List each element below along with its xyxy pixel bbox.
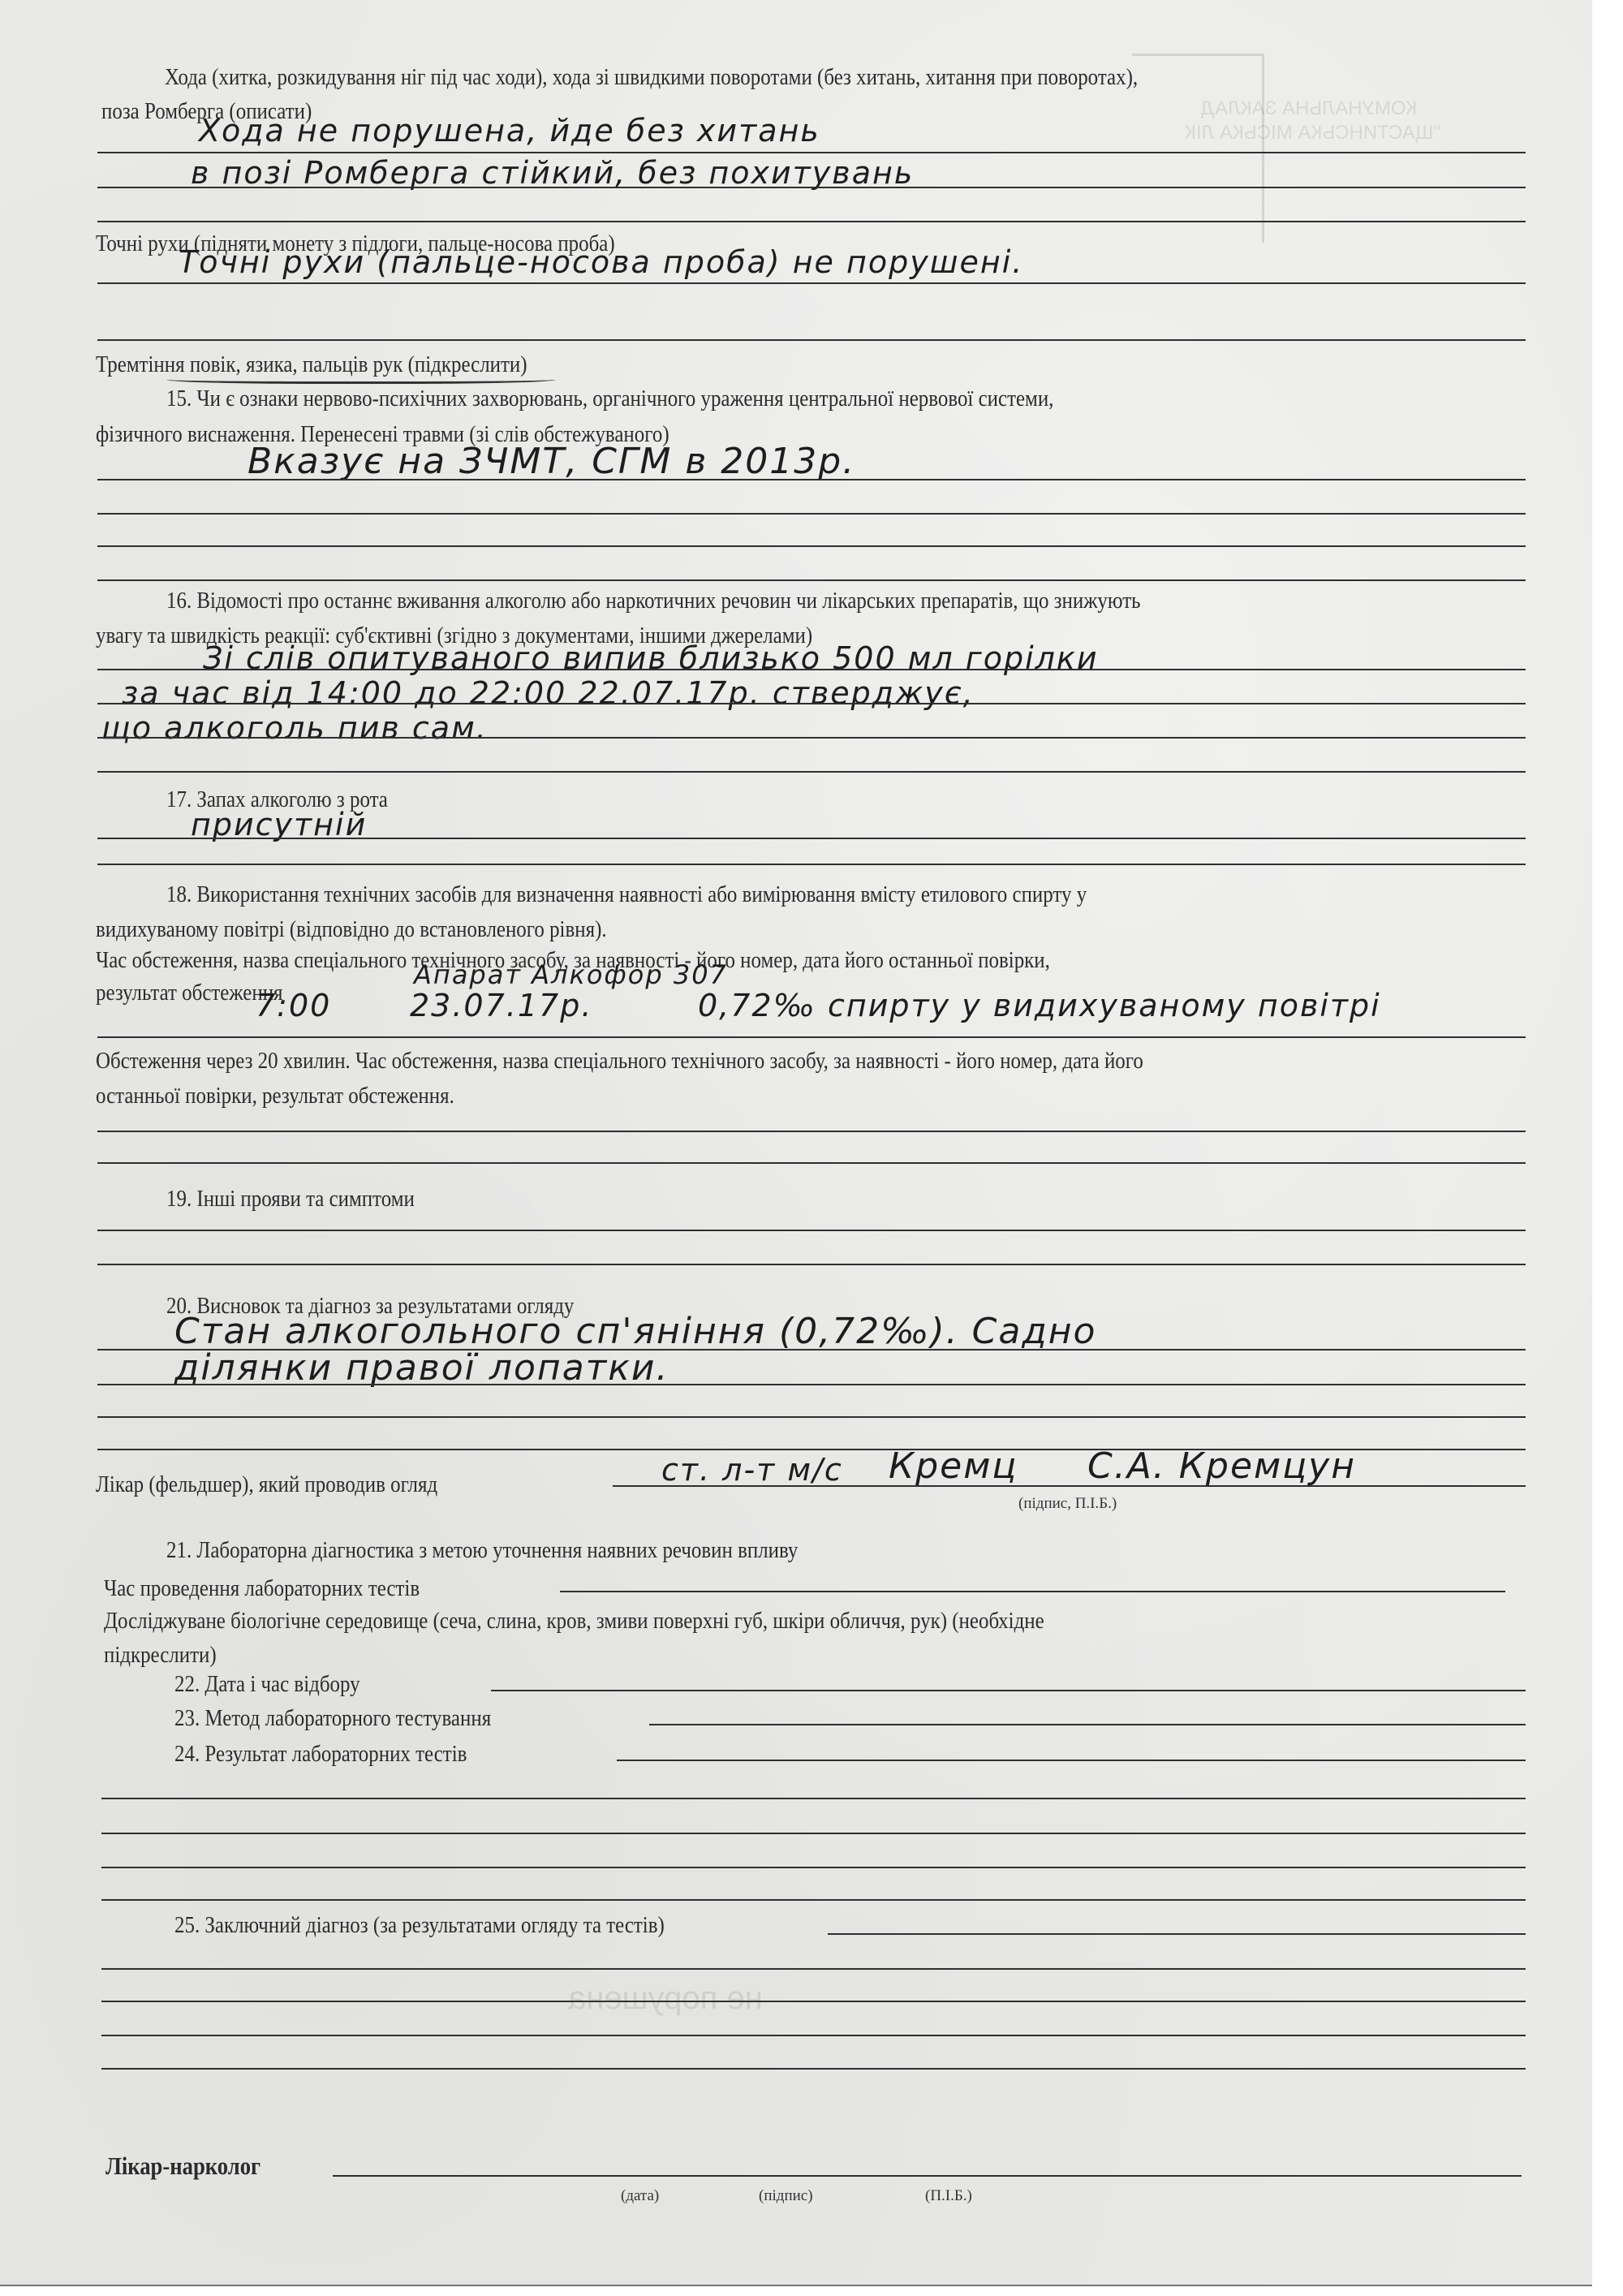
answer-line xyxy=(828,1933,1526,1935)
section18-label-line4: результат обстеження xyxy=(96,979,283,1006)
section18-handwritten-date: 23.07.17р. xyxy=(410,989,592,1023)
section25-label: 25. Заключний діагноз (за результатами о… xyxy=(174,1911,665,1939)
examiner-caption: (підпис, П.І.Б.) xyxy=(1018,1495,1117,1513)
answer-line xyxy=(97,864,1526,865)
examiner-name: С.А. Кремцун xyxy=(1087,1450,1356,1484)
section18-label-line2: видихуваному повітрі (відповідно до вста… xyxy=(96,915,607,943)
gait-handwritten-line2: в позі Ромберга стійкий, без похитувань xyxy=(191,156,914,190)
narcologist-label: Лікар-нарколог xyxy=(105,2152,260,2180)
answer-line xyxy=(97,1162,1526,1164)
answer-line xyxy=(101,1833,1526,1834)
answer-line xyxy=(101,1798,1526,1799)
show-through-text: КОМУНАЛЬНА ЗАКЛАД xyxy=(1201,97,1417,120)
show-through-stamp xyxy=(1132,54,1264,243)
answer-line xyxy=(617,1760,1526,1761)
signature-line xyxy=(333,2175,1522,2177)
answer-line xyxy=(97,513,1526,515)
caption-date: (дата) xyxy=(621,2187,659,2205)
caption-name: (П.І.Б.) xyxy=(925,2187,972,2205)
answer-line xyxy=(97,703,1526,704)
section15-handwritten: Вказує на ЗЧМТ, СГМ в 2013р. xyxy=(248,445,855,479)
examiner-rank: ст. л-т м/с xyxy=(661,1453,843,1487)
document-page: КОМУНАЛЬНА ЗАКЛАД "ЩАСТИНСЬКА МІСЬКА ЛІК… xyxy=(0,0,1592,2286)
answer-line xyxy=(97,1036,1526,1038)
section18-handwritten-result: 0,72‰ спирту у видихуваному повітрі xyxy=(698,989,1381,1023)
answer-line xyxy=(97,479,1526,480)
answer-line xyxy=(97,282,1526,284)
gait-label-line1: Хода (хитка, розкидування ніг під час хо… xyxy=(165,63,1138,91)
show-through-text: не порушена xyxy=(568,1980,763,2017)
answer-line xyxy=(491,1690,1526,1691)
answer-line xyxy=(97,669,1526,670)
answer-line xyxy=(101,1968,1526,1970)
answer-line xyxy=(97,1264,1526,1265)
show-through-text: "ЩАСТИНСЬКА МІСЬКА ЛІК xyxy=(1185,122,1440,144)
section15-label-line1: 15. Чи є ознаки нервово-психічних захвор… xyxy=(166,385,1053,412)
answer-line xyxy=(97,339,1526,341)
answer-line xyxy=(97,187,1526,188)
section20-handwritten-line1: Стан алкогольного сп'яніння (0,72‰). Сад… xyxy=(174,1315,1096,1349)
answer-line xyxy=(97,737,1526,739)
answer-line xyxy=(97,545,1526,547)
section23-label: 23. Метод лабораторного тестування xyxy=(174,1704,491,1732)
section18-repeat-label-line2: останньої повірки, результат обстеження. xyxy=(96,1082,454,1109)
section20-handwritten-line2: ділянки правої лопатки. xyxy=(174,1351,669,1385)
answer-line xyxy=(97,1131,1526,1132)
precise-movements-handwritten: Точні рухи (пальце-носова проба) не пору… xyxy=(179,245,1023,279)
answer-line xyxy=(97,838,1526,839)
section18-label-line1: 18. Використання технічних засобів для в… xyxy=(166,881,1087,908)
section21-medium-label-line1: Досліджуване біологічне середовище (сеча… xyxy=(104,1607,1044,1635)
section24-label: 24. Результат лабораторних тестів xyxy=(174,1740,467,1768)
answer-line xyxy=(97,579,1526,581)
section18-handwritten-time: 7:00 xyxy=(256,989,331,1023)
section21-medium-label-line2: підкреслити) xyxy=(104,1641,217,1669)
section16-handwritten-line2: за час від 14:00 до 22:00 22.07.17р. ств… xyxy=(122,676,975,710)
section22-label: 22. Дата і час відбору xyxy=(174,1670,360,1698)
answer-line xyxy=(97,221,1526,222)
section19-label: 19. Інші прояви та симптоми xyxy=(166,1185,415,1213)
section16-label-line1: 16. Відомості про останнє вживання алког… xyxy=(166,587,1140,614)
section21-label: 21. Лабораторна діагностика з метою уточ… xyxy=(166,1536,798,1564)
section21-time-label: Час проведення лабораторних тестів xyxy=(104,1574,420,1602)
tremor-underline-mark xyxy=(166,373,556,384)
answer-line xyxy=(649,1724,1526,1725)
section18-handwritten-device: Апарат Алкофор 307 xyxy=(414,958,728,992)
answer-line xyxy=(101,2068,1526,2070)
section17-handwritten: присутній xyxy=(191,808,367,842)
answer-line xyxy=(97,1384,1526,1385)
section18-repeat-label-line1: Обстеження через 20 хвилин. Час обстежен… xyxy=(96,1047,1143,1075)
examiner-label: Лікар (фельдшер), який проводив огляд xyxy=(96,1471,437,1498)
answer-line xyxy=(101,1899,1526,1901)
gait-handwritten-line1: Хода не порушена, йде без хитань xyxy=(199,114,820,148)
answer-line xyxy=(97,1416,1526,1418)
answer-line xyxy=(97,1230,1526,1231)
examiner-signature: Кремц xyxy=(889,1450,1018,1484)
answer-line xyxy=(101,2035,1526,2036)
answer-line xyxy=(97,771,1526,773)
section16-handwritten-line3: що алкоголь пив сам. xyxy=(101,711,488,745)
answer-line xyxy=(101,1867,1526,1868)
caption-signature: (підпис) xyxy=(759,2187,813,2205)
answer-line xyxy=(560,1591,1505,1592)
answer-line xyxy=(97,152,1526,153)
answer-line xyxy=(101,2001,1526,2002)
